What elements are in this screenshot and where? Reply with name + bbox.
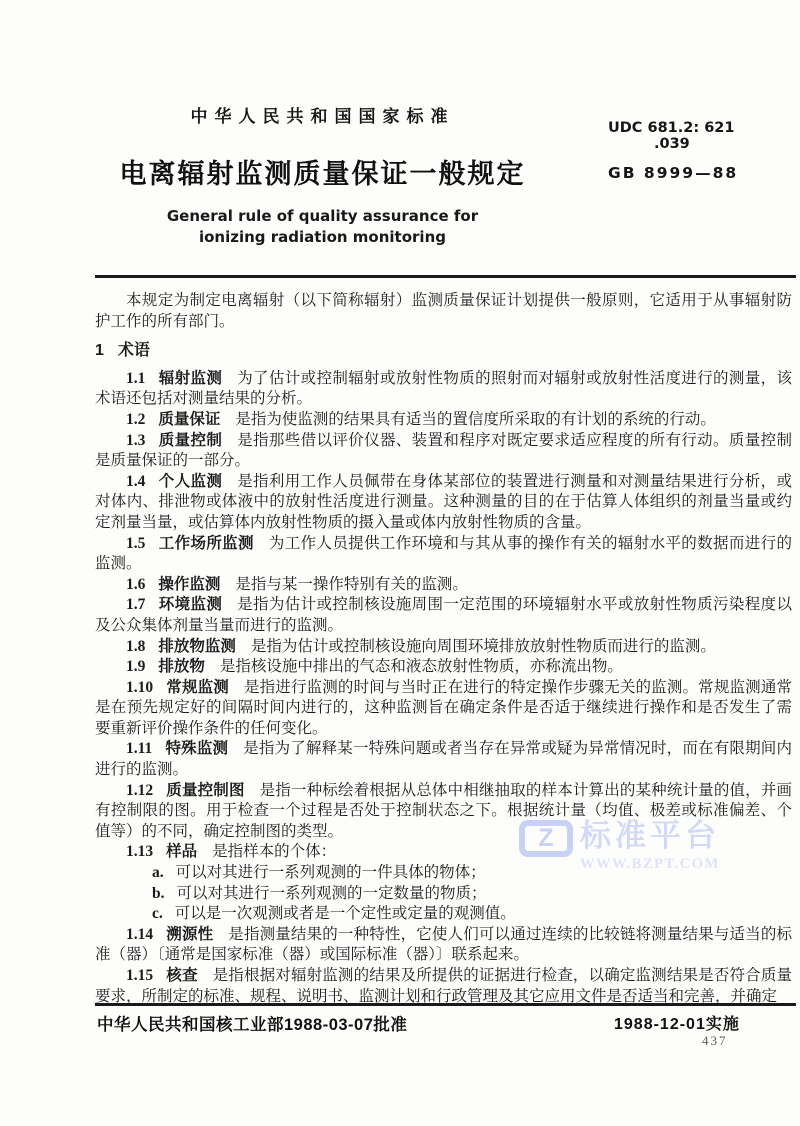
term-item-1-10: 1.10常规监测是指进行监测的时间与当时正在进行的特定操作步骤无关的监测。常规监…	[95, 678, 792, 740]
term-item-1-7: 1.7环境监测是指为估计或控制核设施周围一定范围的环境辐射水平或放射性物质污染程…	[95, 595, 792, 636]
document-body: 本规定为制定电离辐射（以下简称辐射）监测质量保证计划提供一般原则，它适用于从事辐…	[95, 291, 792, 1007]
sample-item-text: 可以对其进行一系列观测的一件具体的物体；	[176, 864, 486, 881]
term-item-1-14: 1.14溯源性是指测量结果的一种特性，它使人们可以通过连续的比较链将测量结果与适…	[95, 925, 792, 966]
standard-codes: UDC 681.2: 621 .039 GB 8999—88	[608, 120, 738, 182]
term-name: 质量控制图	[166, 782, 244, 799]
term-item-1-5: 1.5工作场所监测为工作人员提供工作环境和与其从事的操作有关的辐射水平的数据而进…	[95, 534, 792, 575]
sample-item-label: b.	[152, 885, 165, 902]
term-number: 1.7	[126, 596, 145, 613]
term-item-1-12: 1.12质量控制图是指一种标绘着根据从总体中相继抽取的样本计算出的某种统计量的值…	[95, 781, 792, 843]
header: 中华人民共和国国家标准 电离辐射监测质量保证一般规定 General rule …	[95, 102, 550, 248]
term-number: 1.2	[126, 411, 145, 428]
term-name: 溯源性	[166, 926, 213, 943]
term-number: 1.11	[126, 740, 152, 757]
intro-paragraph: 本规定为制定电离辐射（以下简称辐射）监测质量保证计划提供一般原则，它适用于从事辐…	[95, 291, 792, 332]
term-number: 1.14	[126, 926, 153, 943]
title-english-line1: General rule of quality assurance for	[95, 206, 550, 227]
term-name: 环境监测	[158, 596, 222, 613]
term-name: 常规监测	[166, 679, 229, 696]
term-number: 1.4	[126, 473, 145, 490]
term-name: 样品	[166, 843, 197, 860]
term-item-1-1: 1.1辐射监测为了估计或控制辐射或放射性物质的照射而对辐射或放射性活度进行的测量…	[95, 369, 792, 410]
term-item-1-13: 1.13样品是指样本的个体：	[95, 842, 792, 863]
sample-item-a: a.可以对其进行一系列观测的一件具体的物体；	[95, 863, 792, 884]
term-name: 核查	[166, 967, 198, 984]
term-item-1-6: 1.6操作监测是指与某一操作特别有关的监测。	[95, 575, 792, 596]
standard-number: GB 8999—88	[608, 164, 738, 182]
term-name: 工作场所监测	[158, 535, 254, 552]
udc-number-line1: UDC 681.2: 621	[608, 120, 738, 136]
sample-item-text: 可以是一次观测或者是一个定性或定量的观测值。	[175, 905, 516, 922]
standard-type-label: 中华人民共和国国家标准	[95, 102, 550, 127]
term-name: 排放物	[158, 658, 205, 675]
term-number: 1.13	[126, 843, 153, 860]
term-item-1-8: 1.8排放物监测是指为估计或控制核设施向周围环境排放放射性物质而进行的监测。	[95, 637, 792, 658]
term-definition: 是指样本的个体：	[212, 843, 336, 860]
term-number: 1.15	[126, 967, 153, 984]
sample-item-b: b.可以对其进行一系列观测的一定数量的物质；	[95, 884, 792, 905]
term-item-1-15: 1.15核查是指根据对辐射监测的结果及所提供的证据进行检查，以确定监测结果是否符…	[95, 966, 792, 1007]
term-item-1-9: 1.9排放物是指核设施中排出的气态和液态放射性物质，亦称流出物。	[95, 657, 792, 678]
term-number: 1.6	[126, 576, 145, 593]
term-definition: 是指为使监测的结果具有适当的置信度所采取的有计划的系统的行动。	[235, 411, 716, 428]
term-name: 辐射监测	[158, 370, 222, 387]
term-name: 个人监测	[158, 473, 222, 490]
sample-item-text: 可以对其进行一系列观测的一定数量的物质；	[177, 885, 487, 902]
term-definition: 是指与某一操作特别有关的监测。	[235, 576, 468, 593]
term-number: 1.8	[126, 638, 145, 655]
document-page: Z 标准平台 WWW.BZPT.COM 中华人民共和国国家标准 电离辐射监测质量…	[0, 0, 800, 1126]
term-definition: 是指核设施中排出的气态和液态放射性物质，亦称流出物。	[220, 658, 623, 675]
term-item-1-11: 1.11特殊监测是指为了解释某一特殊问题或者当存在异常或疑为异常情况时，而在有限…	[95, 739, 792, 780]
term-item-1-4: 1.4个人监测是指利用工作人员佩带在身体某部位的装置进行测量和对测量结果进行分析…	[95, 472, 792, 534]
document-title: 电离辐射监测质量保证一般规定	[95, 152, 550, 191]
page-number: 437	[702, 1033, 728, 1049]
term-number: 1.10	[126, 679, 153, 696]
term-number: 1.12	[126, 782, 153, 799]
sample-item-label: a.	[152, 864, 164, 881]
term-definition: 是指为估计或控制核设施向周围环境排放放射性物质而进行的监测。	[251, 638, 716, 655]
term-name: 特殊监测	[165, 740, 228, 757]
term-number: 1.1	[126, 370, 145, 387]
header-divider	[95, 275, 796, 278]
term-name: 排放物监测	[158, 638, 236, 655]
section-number: 1	[95, 342, 104, 359]
term-number: 1.5	[126, 535, 145, 552]
term-item-1-3: 1.3质量控制是指那些借以评价仪器、装置和程序对既定要求适应程度的所有行动。质量…	[95, 431, 792, 472]
term-name: 质量控制	[158, 432, 222, 449]
footer-divider	[95, 1003, 796, 1006]
title-english-line2: ionizing radiation monitoring	[95, 227, 550, 248]
approval-note: 中华人民共和国核工业部1988-03-07批准	[97, 1011, 407, 1035]
sample-item-c: c.可以是一次观测或者是一个定性或定量的观测值。	[95, 904, 792, 925]
term-item-1-2: 1.2质量保证是指为使监测的结果具有适当的置信度所采取的有计划的系统的行动。	[95, 410, 792, 431]
section-title: 术语	[118, 342, 150, 359]
document-title-english: General rule of quality assurance for io…	[95, 206, 550, 248]
term-number: 1.3	[126, 432, 145, 449]
section-heading: 1术语	[95, 341, 792, 362]
sample-item-label: c.	[152, 905, 163, 922]
udc-number-line2: .039	[608, 136, 738, 152]
term-name: 质量保证	[158, 411, 220, 428]
implementation-note: 1988-12-01实施	[614, 1011, 740, 1034]
term-number: 1.9	[126, 658, 145, 675]
term-definition: 是指根据对辐射监测的结果及所提供的证据进行检查，以确定监测结果是否符合质量要求，…	[95, 967, 792, 1005]
term-name: 操作监测	[158, 576, 220, 593]
